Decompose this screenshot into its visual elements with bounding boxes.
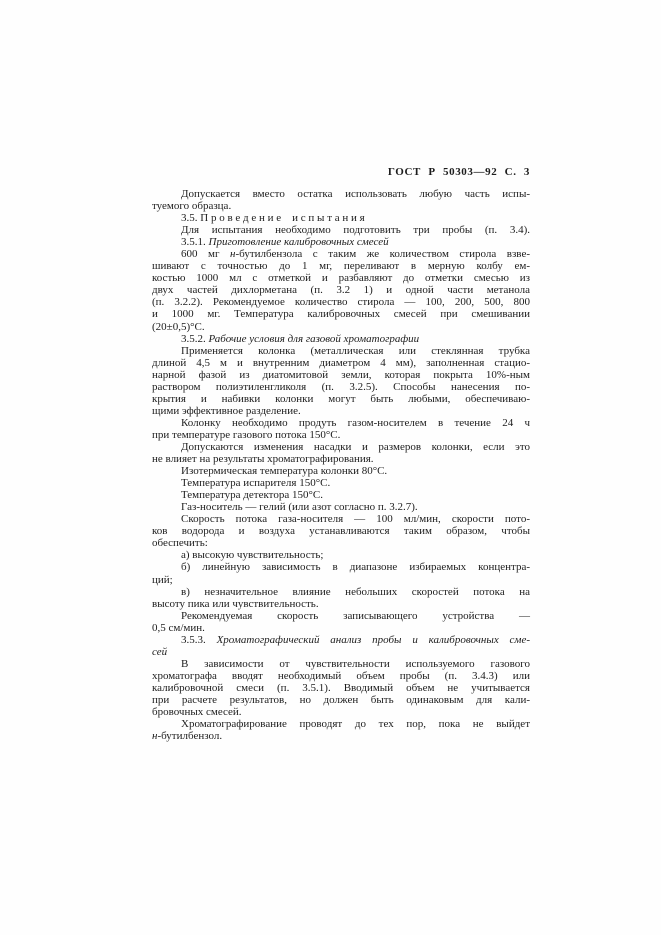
- text-run: бровочных смесей.: [152, 706, 242, 718]
- text-line: Для испытания необходимо подготовить три…: [152, 224, 530, 236]
- text-line: высоту пика или чувствительность.: [152, 598, 530, 610]
- paragraph: а) высокую чувствительность;: [152, 549, 530, 561]
- text-line: Хроматографирование проводят до тех пор,…: [152, 718, 530, 730]
- paragraph: Хроматографирование проводят до тех пор,…: [152, 718, 530, 742]
- paragraph: 600 мг н-бутилбензола с таким же количес…: [152, 248, 530, 332]
- text-line: н-бутилбензол.: [152, 730, 530, 742]
- text-line: 3.5.3. Хроматографический анализ пробы и…: [152, 634, 530, 646]
- text-run: при температуре газового потока 150°С.: [152, 429, 340, 441]
- paragraph: Скорость потока газа-носителя — 100 мл/м…: [152, 513, 530, 549]
- text-run: Температура детектора 150°С.: [181, 489, 323, 501]
- text-run: 0,5 см/мин.: [152, 622, 205, 634]
- text-run: при расчете результатов, но должен быть …: [152, 694, 530, 706]
- text-line: калибровочной смеси (п. 3.5.1). Вводимый…: [152, 682, 530, 694]
- text-run: не влияет на результаты хроматографирова…: [152, 453, 374, 465]
- paragraph: Для испытания необходимо подготовить три…: [152, 224, 530, 236]
- text-line: 3.5.2. Рабочие условия для газовой хрома…: [152, 333, 530, 345]
- paragraph: Рекомендуемая скорость записывающего уст…: [152, 610, 530, 634]
- text-run: а) высокую чувствительность;: [181, 549, 323, 561]
- text-run: калибровочной смеси (п. 3.5.1). Вводимый…: [152, 682, 530, 694]
- text-run: Хроматографический анализ пробы и калибр…: [217, 634, 530, 646]
- text-line: хроматографа вводят необходимый объем пр…: [152, 670, 530, 682]
- text-run: 600 мг: [181, 248, 230, 260]
- text-run: длиной 4,5 м и внутренним диаметром 4 мм…: [152, 357, 530, 369]
- text-run: 3.5.1.: [181, 236, 209, 248]
- text-line: щими эффективное разделение.: [152, 405, 530, 417]
- text-run: 3.5. П р о в е д е н и е и с п ы т а н и…: [181, 212, 365, 224]
- text-line: 3.5.1. Приготовление калибровочных смесе…: [152, 236, 530, 248]
- text-run: крытия и набивки колонки могут быть любы…: [152, 393, 530, 405]
- text-line: туемого образца.: [152, 200, 530, 212]
- paragraph: в) незначительное влияние небольших скор…: [152, 586, 530, 610]
- text-line: Изотермическая температура колонки 80°С.: [152, 465, 530, 477]
- text-run: двух частей дихлорметана (п. 3.2 1) и од…: [152, 284, 530, 296]
- text-line: 600 мг н-бутилбензола с таким же количес…: [152, 248, 530, 260]
- text-run: Рабочие условия для газовой хроматографи…: [209, 333, 420, 345]
- text-run: В зависимости от чувствительности исполь…: [181, 658, 530, 670]
- paragraph: Температура детектора 150°С.: [152, 489, 530, 501]
- text-line: при расчете результатов, но должен быть …: [152, 694, 530, 706]
- text-line: Допускаются изменения насадки и размеров…: [152, 441, 530, 453]
- paragraph: 3.5. П р о в е д е н и е и с п ы т а н и…: [152, 212, 530, 224]
- text-line: 0,5 см/мин.: [152, 622, 530, 634]
- page-header: ГОСТ Р 50303—92 С. 3: [152, 166, 530, 178]
- text-line: нарной фазой из диатомитовой земли, кото…: [152, 369, 530, 381]
- text-line: Применяется колонка (металлическая или с…: [152, 345, 530, 357]
- text-run: обеспечить:: [152, 537, 208, 549]
- text-line: (20±0,5)°С.: [152, 321, 530, 333]
- text-line: не влияет на результаты хроматографирова…: [152, 453, 530, 465]
- text-run: хроматографа вводят необходимый объем пр…: [152, 670, 530, 682]
- paragraph: б) линейную зависимость в диапазоне изби…: [152, 561, 530, 585]
- paragraph: Температура испарителя 150°С.: [152, 477, 530, 489]
- text-line: крытия и набивки колонки могут быть любы…: [152, 393, 530, 405]
- text-line: Допускается вместо остатка использовать …: [152, 188, 530, 200]
- text-line: Температура испарителя 150°С.: [152, 477, 530, 489]
- text-line: длиной 4,5 м и внутренним диаметром 4 мм…: [152, 357, 530, 369]
- text-run: Для испытания необходимо подготовить три…: [181, 224, 530, 236]
- paragraph: Допускается вместо остатка использовать …: [152, 188, 530, 212]
- text-run: Газ-носитель — гелий (или азот согласно …: [181, 501, 418, 513]
- paragraph: 3.5.3. Хроматографический анализ пробы и…: [152, 634, 530, 658]
- text-line: Колонку необходимо продуть газом-носител…: [152, 417, 530, 429]
- paragraph: Колонку необходимо продуть газом-носител…: [152, 417, 530, 441]
- text-run: 3.5.3.: [181, 634, 217, 646]
- text-run: щими эффективное разделение.: [152, 405, 301, 417]
- paragraph: Применяется колонка (металлическая или с…: [152, 345, 530, 417]
- text-line: обеспечить:: [152, 537, 530, 549]
- text-run: туемого образца.: [152, 200, 231, 212]
- paragraph: 3.5.1. Приготовление калибровочных смесе…: [152, 236, 530, 248]
- text-run: Температура испарителя 150°С.: [181, 477, 330, 489]
- text-run: высоту пика или чувствительность.: [152, 598, 319, 610]
- text-line: б) линейную зависимость в диапазоне изби…: [152, 561, 530, 573]
- text-run: в) незначительное влияние небольших скор…: [181, 586, 530, 598]
- text-run: Применяется колонка (металлическая или с…: [181, 345, 530, 357]
- text-run: Колонку необходимо продуть газом-носител…: [181, 417, 530, 429]
- text-run: -бутилбензола с таким же количеством сти…: [236, 248, 530, 260]
- text-run: костью 1000 мл с отметкой и разбавляют д…: [152, 272, 530, 284]
- paragraph: В зависимости от чувствительности исполь…: [152, 658, 530, 718]
- document-body: Допускается вместо остатка использовать …: [152, 188, 530, 742]
- text-line: шивают с точностью до 1 мг, переливают в…: [152, 260, 530, 272]
- text-run: ков водорода и воздуха устанавливаются т…: [152, 525, 530, 537]
- paragraph: 3.5.2. Рабочие условия для газовой хрома…: [152, 333, 530, 345]
- text-run: и 1000 мг. Температура калибровочных сме…: [152, 308, 530, 320]
- text-run: Рекомендуемая скорость записывающего уст…: [181, 610, 530, 622]
- text-run: б) линейную зависимость в диапазоне изби…: [181, 561, 530, 573]
- text-line: Газ-носитель — гелий (или азот согласно …: [152, 501, 530, 513]
- text-line: (п. 3.2.2). Рекомендуемое количество сти…: [152, 296, 530, 308]
- text-run: -бутилбензол.: [157, 730, 222, 742]
- text-run: Скорость потока газа-носителя — 100 мл/м…: [181, 513, 530, 525]
- text-line: костью 1000 мл с отметкой и разбавляют д…: [152, 272, 530, 284]
- text-run: Изотермическая температура колонки 80°С.: [181, 465, 387, 477]
- text-run: (20±0,5)°С.: [152, 321, 205, 333]
- text-run: сей: [152, 646, 167, 658]
- text-line: ков водорода и воздуха устанавливаются т…: [152, 525, 530, 537]
- paragraph: Изотермическая температура колонки 80°С.: [152, 465, 530, 477]
- text-line: двух частей дихлорметана (п. 3.2 1) и од…: [152, 284, 530, 296]
- text-line: ций;: [152, 574, 530, 586]
- text-line: при температуре газового потока 150°С.: [152, 429, 530, 441]
- text-run: Допускаются изменения насадки и размеров…: [181, 441, 530, 453]
- text-line: бровочных смесей.: [152, 706, 530, 718]
- text-line: сей: [152, 646, 530, 658]
- text-line: Рекомендуемая скорость записывающего уст…: [152, 610, 530, 622]
- text-line: в) незначительное влияние небольших скор…: [152, 586, 530, 598]
- paragraph: Газ-носитель — гелий (или азот согласно …: [152, 501, 530, 513]
- text-line: В зависимости от чувствительности исполь…: [152, 658, 530, 670]
- text-run: раствором полиэтиленгликоля (п. 3.2.5). …: [152, 381, 530, 393]
- text-line: и 1000 мг. Температура калибровочных сме…: [152, 308, 530, 320]
- text-run: 3.5.2.: [181, 333, 209, 345]
- text-line: 3.5. П р о в е д е н и е и с п ы т а н и…: [152, 212, 530, 224]
- scanned-document-page: ГОСТ Р 50303—92 С. 3 Допускается вместо …: [0, 0, 661, 935]
- text-line: Скорость потока газа-носителя — 100 мл/м…: [152, 513, 530, 525]
- text-line: а) высокую чувствительность;: [152, 549, 530, 561]
- text-run: шивают с точностью до 1 мг, переливают в…: [152, 260, 530, 272]
- text-run: Допускается вместо остатка использовать …: [181, 188, 530, 200]
- text-run: (п. 3.2.2). Рекомендуемое количество сти…: [152, 296, 530, 308]
- text-line: раствором полиэтиленгликоля (п. 3.2.5). …: [152, 381, 530, 393]
- text-run: ций;: [152, 574, 173, 586]
- text-run: Хроматографирование проводят до тех пор,…: [181, 718, 530, 730]
- text-line: Температура детектора 150°С.: [152, 489, 530, 501]
- text-run: Приготовление калибровочных смесей: [209, 236, 389, 248]
- text-run: нарной фазой из диатомитовой земли, кото…: [152, 369, 530, 381]
- paragraph: Допускаются изменения насадки и размеров…: [152, 441, 530, 465]
